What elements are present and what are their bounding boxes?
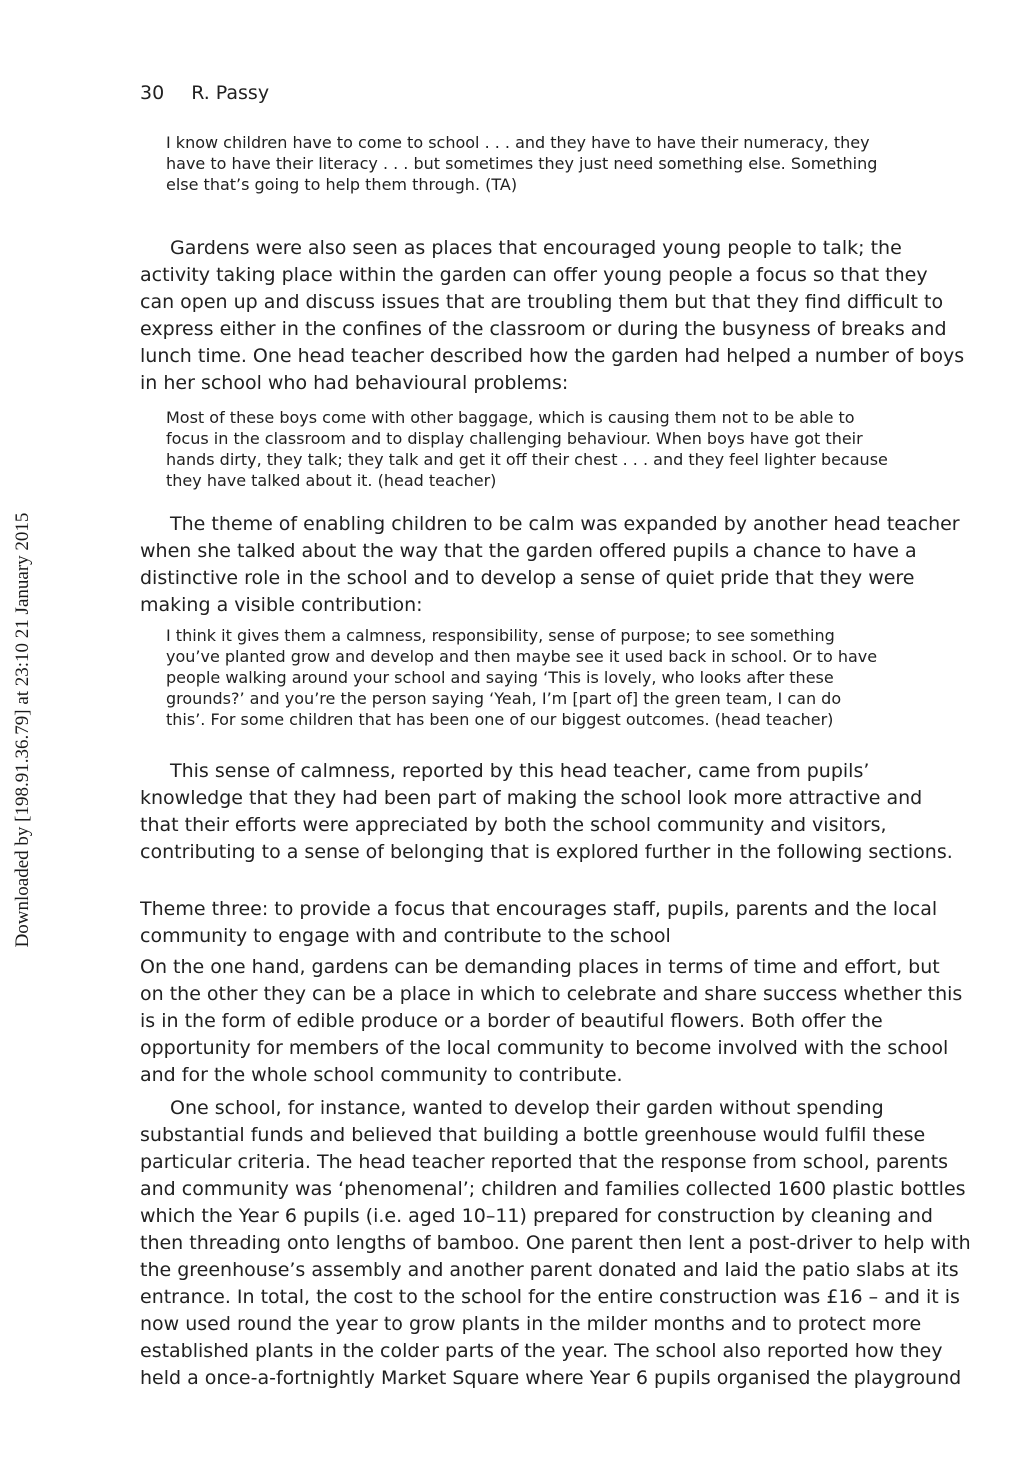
paragraph-bottle-greenhouse: One school, for instance, wanted to deve… [140, 1095, 1028, 1392]
text-line: then threading onto lengths of bamboo. O… [140, 1230, 1028, 1257]
text-line: The theme of enabling children to be cal… [140, 511, 1028, 538]
text-line: I think it gives them a calmness, respon… [166, 625, 1028, 646]
text-line: the greenhouse’s assembly and another pa… [140, 1257, 1028, 1284]
journal-page: Downloaded by [198.91.36.79] at 23:10 21… [0, 0, 1028, 1465]
text-line: Theme three: to provide a focus that enc… [140, 896, 1028, 923]
text-line: in her school who had behavioural proble… [140, 370, 1028, 397]
text-line: held a once-a-fortnightly Market Square … [140, 1365, 1028, 1392]
text-line: distinctive role in the school and to de… [140, 565, 1028, 592]
page-content: 30R. Passy I know children have to come … [140, 80, 1028, 1392]
text-line: contributing to a sense of belonging tha… [140, 839, 1028, 866]
text-line: Gardens were also seen as places that en… [140, 235, 1028, 262]
text-line: you’ve planted grow and develop and then… [166, 646, 1028, 667]
block-quote-boys-baggage: Most of these boys come with other bagga… [166, 407, 1028, 491]
text-line: substantial funds and believed that buil… [140, 1122, 1028, 1149]
text-line: lunch time. One head teacher described h… [140, 343, 1028, 370]
running-head: 30R. Passy [140, 80, 1028, 106]
text-line: on the other they can be a place in whic… [140, 981, 1028, 1008]
block-quote-calmness: I think it gives them a calmness, respon… [166, 625, 1028, 730]
text-line: grounds?’ and you’re the person saying ‘… [166, 688, 1028, 709]
text-line: have to have their literacy . . . but so… [166, 153, 1028, 174]
paragraph-gardens-talk: Gardens were also seen as places that en… [140, 235, 1028, 397]
text-line: making a visible contribution: [140, 592, 1028, 619]
text-line: people walking around your school and sa… [166, 667, 1028, 688]
text-line: can open up and discuss issues that are … [140, 289, 1028, 316]
text-line: This sense of calmness, reported by this… [140, 758, 1028, 785]
block-quote-ta: I know children have to come to school .… [166, 132, 1028, 195]
download-watermark: Downloaded by [198.91.36.79] at 23:10 21… [12, 480, 40, 980]
text-line: is in the form of edible produce or a bo… [140, 1008, 1028, 1035]
paragraph-calm-theme: The theme of enabling children to be cal… [140, 511, 1028, 619]
text-line: they have talked about it. (head teacher… [166, 470, 1028, 491]
text-line: On the one hand, gardens can be demandin… [140, 954, 1028, 981]
text-line: that their efforts were appreciated by b… [140, 812, 1028, 839]
text-line: particular criteria. The head teacher re… [140, 1149, 1028, 1176]
text-line: knowledge that they had been part of mak… [140, 785, 1028, 812]
text-line: and for the whole school community to co… [140, 1062, 1028, 1089]
running-author: R. Passy [191, 82, 269, 104]
text-line: community to engage with and contribute … [140, 923, 1028, 950]
text-line: else that’s going to help them through. … [166, 174, 1028, 195]
paragraph-demanding-places: On the one hand, gardens can be demandin… [140, 954, 1028, 1089]
text-line: I know children have to come to school .… [166, 132, 1028, 153]
text-line: opportunity for members of the local com… [140, 1035, 1028, 1062]
text-line: entrance. In total, the cost to the scho… [140, 1284, 1028, 1311]
section-heading-theme-three: Theme three: to provide a focus that enc… [140, 896, 1028, 950]
page-number: 30 [140, 80, 164, 106]
text-line: One school, for instance, wanted to deve… [140, 1095, 1028, 1122]
text-line: and community was ‘phenomenal’; children… [140, 1176, 1028, 1203]
text-line: activity taking place within the garden … [140, 262, 1028, 289]
text-line: hands dirty, they talk; they talk and ge… [166, 449, 1028, 470]
text-line: now used round the year to grow plants i… [140, 1311, 1028, 1338]
text-line: express either in the confines of the cl… [140, 316, 1028, 343]
paragraph-sense-of-calmness: This sense of calmness, reported by this… [140, 758, 1028, 866]
text-line: established plants in the colder parts o… [140, 1338, 1028, 1365]
text-line: when she talked about the way that the g… [140, 538, 1028, 565]
text-line: focus in the classroom and to display ch… [166, 428, 1028, 449]
text-line: this’. For some children that has been o… [166, 709, 1028, 730]
text-line: which the Year 6 pupils (i.e. aged 10–11… [140, 1203, 1028, 1230]
text-line: Most of these boys come with other bagga… [166, 407, 1028, 428]
